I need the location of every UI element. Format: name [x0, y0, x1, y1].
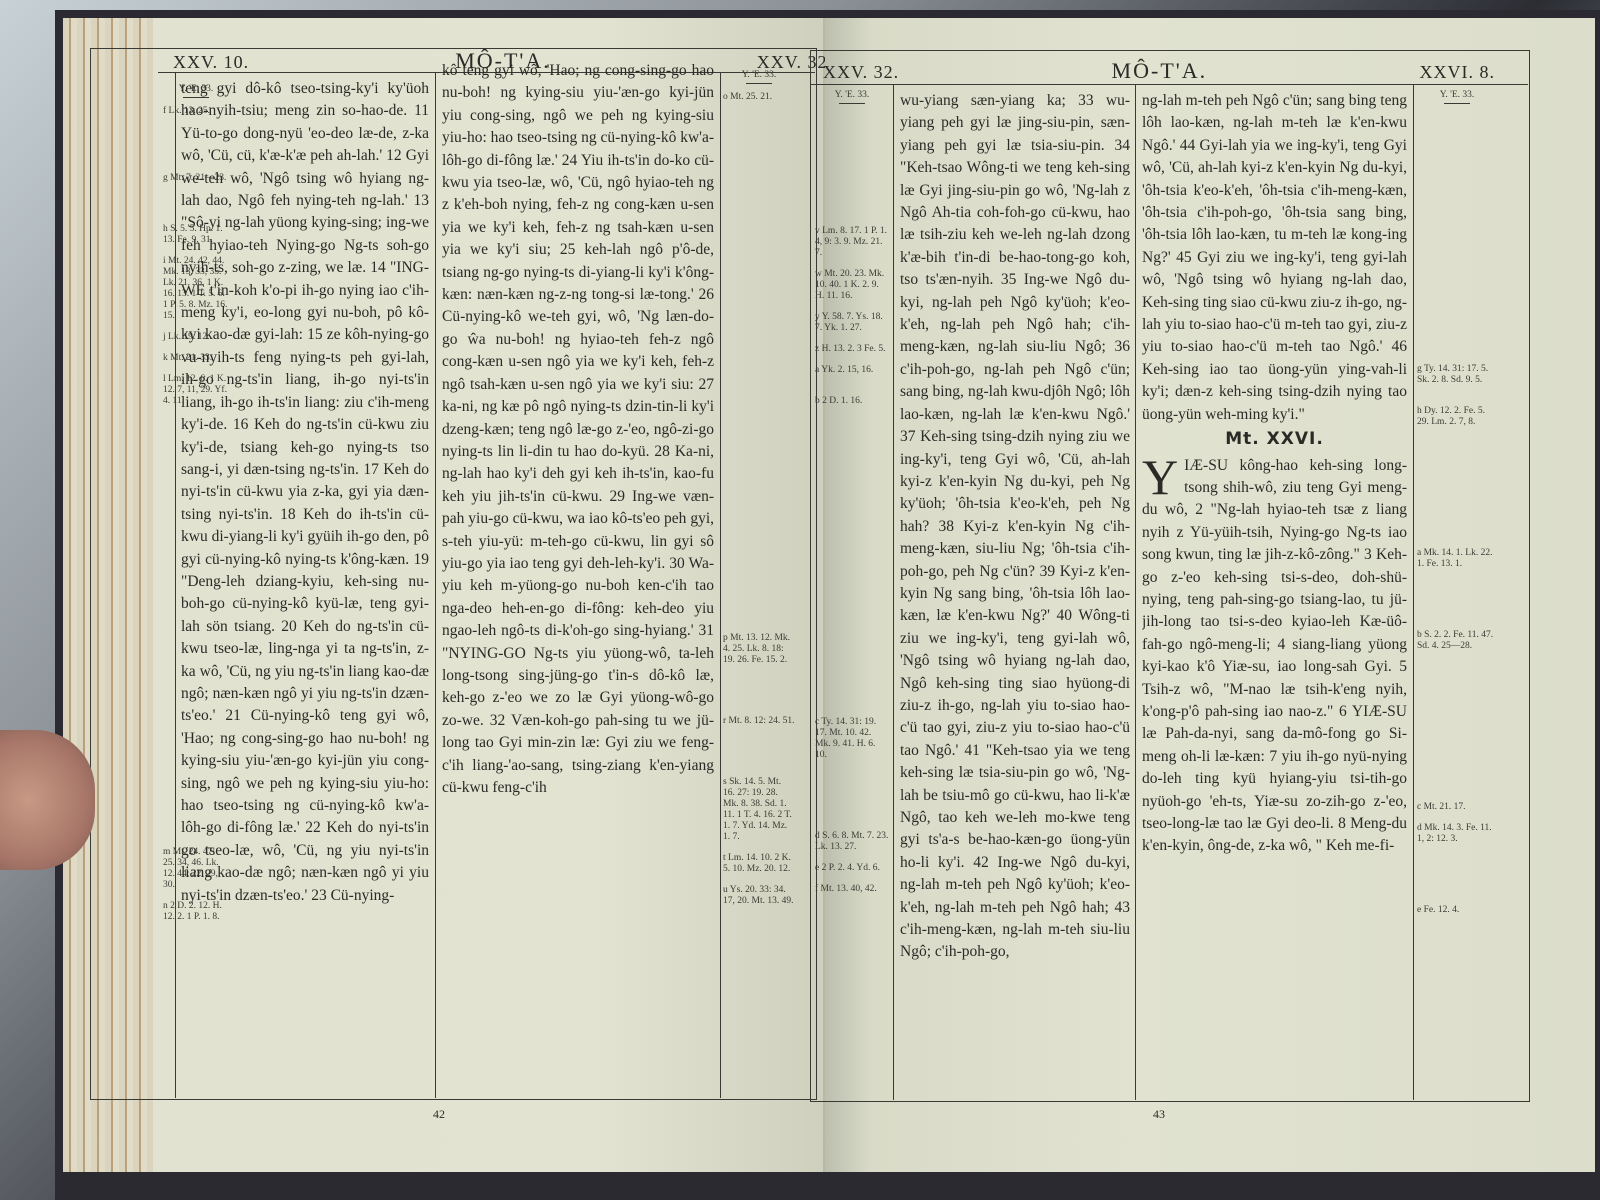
- margin-ref: e Fe. 12. 4.: [1417, 905, 1497, 916]
- margin-ref: r Mt. 8. 12: 24. 51.: [723, 716, 795, 727]
- margin-header-rule: [1444, 103, 1470, 104]
- margin-ref: c Ty. 14. 31: 19. 17. Mt. 10. 42. Mk. 9.…: [815, 717, 889, 761]
- margin-header-rule: [746, 83, 772, 84]
- right-page-column-2: ng-lah m-teh peh Ngô c'ün; sang bing ten…: [1142, 90, 1407, 1095]
- margin-ref: b 2 D. 1. 16.: [815, 396, 889, 407]
- margin-ref: v Lm. 8. 17. 1 P. 1. 4, 9: 3. 9. Mz. 21.…: [815, 226, 889, 259]
- margin-ref: d Mk. 14. 3. Fe. 11. 1, 2: 12. 3.: [1417, 823, 1497, 845]
- margin-ref: h Dy. 12. 2. Fe. 5. 29. Lm. 2. 7, 8.: [1417, 406, 1497, 428]
- left-page-number: 42: [433, 1107, 445, 1122]
- right-head-rule: [810, 84, 1528, 85]
- right-page-right-margin-refs: Y. 'E. 33. g Ty. 14. 31: 17. 5. Sk. 2. 8…: [1417, 90, 1497, 926]
- margin-ref: e 2 P. 2. 4. Yd. 6.: [815, 863, 889, 874]
- right-page-left-margin-refs: Y. 'E. 33. v Lm. 8. 17. 1 P. 1. 4, 9: 3.…: [815, 90, 889, 905]
- margin-ref: w Mt. 20. 23. Mk. 10. 40. 1 K. 2. 9. H. …: [815, 269, 889, 302]
- margin-ref: s Sk. 14. 5. Mt. 16. 27: 19. 28. Mk. 8. …: [723, 777, 795, 843]
- margin-ref: z H. 13. 2. 3 Fe. 5.: [815, 344, 889, 355]
- margin-header: Y. 'E. 33.: [723, 70, 795, 81]
- scripture-text: wu-yiang sæn-yiang ka; 33 wu-yiang peh g…: [900, 90, 1130, 964]
- right-page-column-1: wu-yiang sæn-yiang ka; 33 wu-yiang peh g…: [900, 90, 1130, 1095]
- margin-header-rule: [839, 103, 865, 104]
- chapter-heading: Mt. XXVI.: [1142, 428, 1407, 450]
- right-page-number: 43: [1153, 1107, 1165, 1122]
- scripture-text: kô teng gyi wô, 'Hao; ng cong-sing-go ha…: [442, 60, 714, 799]
- margin-ref: g Ty. 14. 31: 17. 5. Sk. 2. 8. Sd. 9. 5.: [1417, 364, 1497, 386]
- scripture-text: ng-lah m-teh peh Ngô c'ün; sang bing ten…: [1142, 90, 1407, 426]
- left-page-right-margin-refs: Y. 'E. 33. o Mt. 25. 21. p Mt. 13. 12. M…: [723, 70, 795, 917]
- margin-ref: a Yk. 2. 15, 16.: [815, 365, 889, 376]
- scripture-text: IÆ-SU kông-hao keh-sing long-tsong shih-…: [1142, 457, 1407, 855]
- margin-ref: a Mk. 14. 1. Lk. 22. 1. Fe. 13. 1.: [1417, 548, 1497, 570]
- left-right-margin-rule: [720, 72, 721, 1098]
- margin-ref: c Mt. 21. 17.: [1417, 802, 1497, 813]
- left-column-divider: [435, 72, 436, 1098]
- margin-ref: b S. 2. 2. Fe. 11. 47. Sd. 4. 25—28.: [1417, 630, 1497, 652]
- margin-ref: u Ys. 20. 33: 34. 17, 20. Mt. 13. 49.: [723, 885, 795, 907]
- scripture-text: teng gyi dô-kô tseo-tsing-ky'i ky'üoh ha…: [181, 78, 429, 907]
- right-column-divider: [1135, 84, 1136, 1100]
- margin-ref: y Y. 58. 7. Ys. 18. 7. Yk. 1. 27.: [815, 312, 889, 334]
- right-left-margin-rule: [893, 84, 894, 1100]
- margin-ref: o Mt. 25. 21.: [723, 92, 795, 103]
- open-book: XXV. 10. MÔ-T'A. XXV. 32. Y. 'E. 33. f L…: [55, 10, 1600, 1200]
- left-page-column-1: teng gyi dô-kô tseo-tsing-ky'i ky'üoh ha…: [181, 78, 429, 1093]
- drop-cap: Y: [1142, 457, 1178, 497]
- margin-ref: d S. 6. 8. Mt. 7. 23. Lk. 13. 27.: [815, 831, 889, 853]
- right-right-margin-rule: [1413, 84, 1414, 1100]
- margin-header: Y. 'E. 33.: [1417, 90, 1497, 101]
- left-page-column-2: kô teng gyi wô, 'Hao; ng cong-sing-go ha…: [442, 60, 714, 1093]
- margin-ref: p Mt. 13. 12. Mk. 4. 25. Lk. 8. 18: 19. …: [723, 633, 795, 666]
- margin-ref: t Lm. 14. 10. 2 K. 5. 10. Mz. 20. 12.: [723, 853, 795, 875]
- margin-ref: f Mt. 13. 40, 42.: [815, 884, 889, 895]
- margin-header: Y. 'E. 33.: [815, 90, 889, 101]
